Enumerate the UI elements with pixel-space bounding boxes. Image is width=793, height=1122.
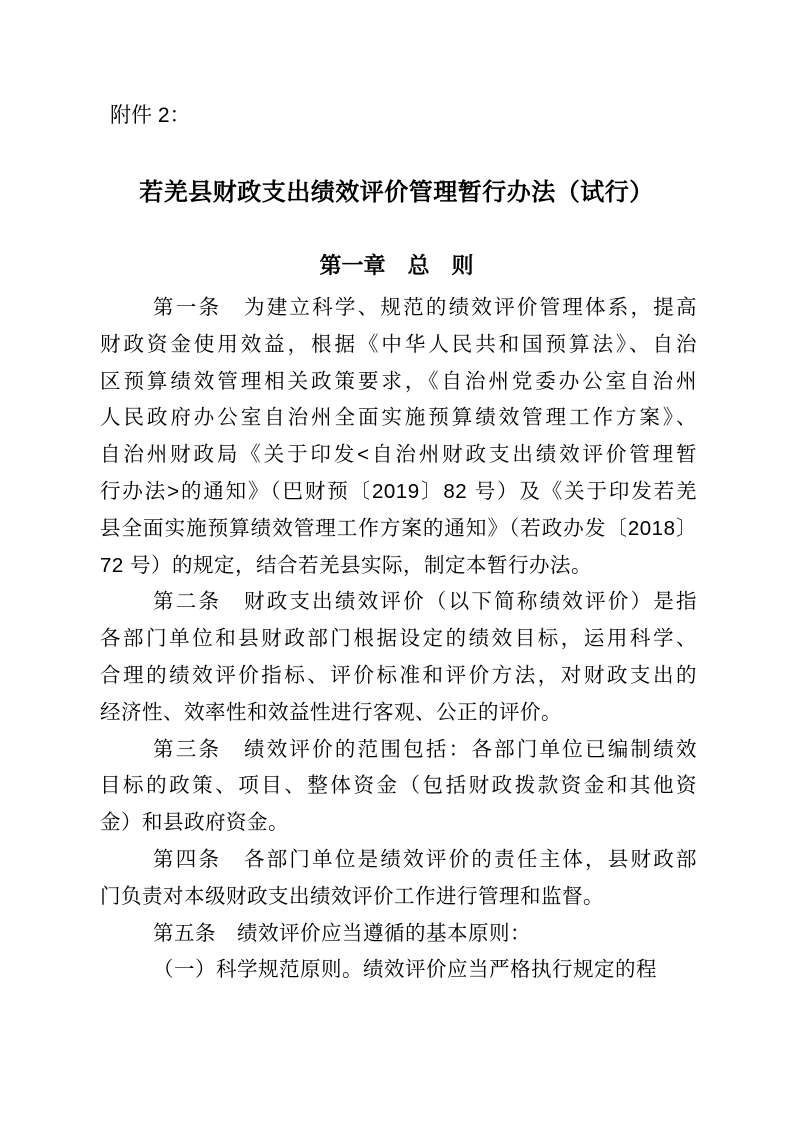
text-line: 第三条 绩效评价的范围包括：各部门单位已编制绩效 <box>100 732 697 769</box>
document-body: 第一条 为建立科学、规范的绩效评价管理体系，提高财政资金使用效益，根据《中华人民… <box>100 290 697 989</box>
text-line: 第一条 为建立科学、规范的绩效评价管理体系，提高 <box>100 290 697 327</box>
text-line: 第四条 各部门单位是绩效评价的责任主体，县财政部 <box>100 842 697 879</box>
paragraph-article-1: 第一条 为建立科学、规范的绩效评价管理体系，提高财政资金使用效益，根据《中华人民… <box>100 290 697 584</box>
paragraph-article-4: 第四条 各部门单位是绩效评价的责任主体，县财政部门负责对本级财政支出绩效评价工作… <box>100 842 697 916</box>
document-page: 附件 2： 若羌县财政支出绩效评价管理暂行办法（试行） 第一章 总 则 第一条 … <box>0 0 793 1122</box>
paragraph-article-3: 第三条 绩效评价的范围包括：各部门单位已编制绩效目标的政策、项目、整体资金（包括… <box>100 732 697 842</box>
chapter-heading: 第一章 总 则 <box>0 249 793 282</box>
text-line: 人民政府办公室自治州全面实施预算绩效管理工作方案》、 <box>100 400 697 437</box>
attachment-label: 附件 2： <box>110 101 191 131</box>
text-line: 合理的绩效评价指标、评价标准和评价方法，对财政支出的 <box>100 658 697 695</box>
text-line: （一）科学规范原则。绩效评价应当严格执行规定的程 <box>100 952 697 989</box>
text-line: 第五条 绩效评价应当遵循的基本原则： <box>100 916 697 953</box>
text-line: 金）和县政府资金。 <box>100 805 697 842</box>
text-line: 行办法>的通知》（巴财预〔2019〕82 号）及《关于印发若羌 <box>100 474 697 511</box>
text-line: 第二条 财政支出绩效评价（以下简称绩效评价）是指 <box>100 584 697 621</box>
paragraph-article-5-item-1: （一）科学规范原则。绩效评价应当严格执行规定的程 <box>100 952 697 989</box>
text-line: 经济性、效率性和效益性进行客观、公正的评价。 <box>100 695 697 732</box>
text-line: 门负责对本级财政支出绩效评价工作进行管理和监督。 <box>100 879 697 916</box>
text-line: 各部门单位和县财政部门根据设定的绩效目标，运用科学、 <box>100 621 697 658</box>
paragraph-article-5: 第五条 绩效评价应当遵循的基本原则： <box>100 916 697 953</box>
text-line: 财政资金使用效益，根据《中华人民共和国预算法》、自治 <box>100 327 697 364</box>
paragraph-article-2: 第二条 财政支出绩效评价（以下简称绩效评价）是指各部门单位和县财政部门根据设定的… <box>100 584 697 731</box>
text-line: 区预算绩效管理相关政策要求，《自治州党委办公室自治州 <box>100 364 697 401</box>
text-line: 自治州财政局《关于印发<自治州财政支出绩效评价管理暂 <box>100 437 697 474</box>
text-line: 目标的政策、项目、整体资金（包括财政拨款资金和其他资 <box>100 768 697 805</box>
document-title: 若羌县财政支出绩效评价管理暂行办法（试行） <box>0 175 793 211</box>
text-line: 72 号）的规定，结合若羌县实际，制定本暂行办法。 <box>100 548 697 585</box>
text-line: 县全面实施预算绩效管理工作方案的通知》（若政办发〔2018〕 <box>100 511 697 548</box>
